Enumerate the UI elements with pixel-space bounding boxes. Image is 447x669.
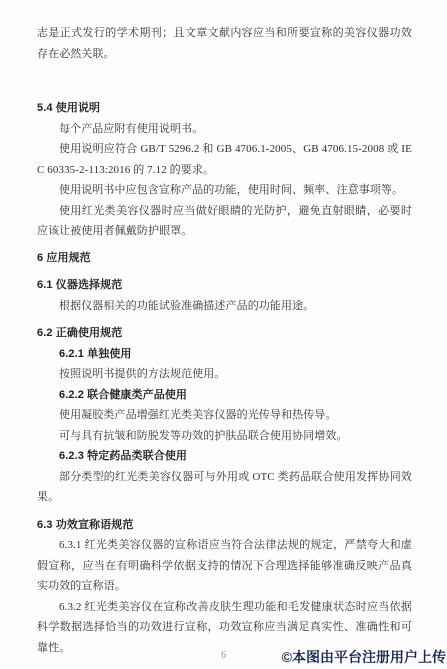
- paragraph-continued-from-previous-page: 志是正式发行的学术期刊；且文章文献内容应当和所要宣称的美容仪器功效存在必然关联。: [37, 23, 412, 64]
- section-heading-6-1: 6.1 仪器选择规范: [37, 275, 412, 296]
- paragraph: 根据仪器相关的功能试验准确描述产品的功能用途。: [37, 296, 412, 317]
- page-number: 6: [221, 650, 226, 661]
- paragraph: 6.3.1 红光类美容仪器的宣称语应当符合法律法规的规定，严禁夸大和虚假宣称，应…: [37, 535, 412, 597]
- subsection-heading-6-2-2: 6.2.2 联合健康类产品使用: [37, 385, 412, 406]
- subsection-heading-6-2-1: 6.2.1 单独使用: [37, 344, 412, 365]
- paragraph: 按照说明书提供的方法规范使用。: [37, 364, 412, 385]
- paragraph: 使用说明应符合 GB/T 5296.2 和 GB 4706.1-2005、GB …: [37, 139, 412, 180]
- paragraph: 使用红光类美容仪器时应当做好眼睛的光防护，避免直射眼睛，必要时应该让被使用者佩戴…: [37, 201, 412, 242]
- paragraph: 使用说明书中应包含宣称产品的功能，使用时间、频率、注意事项等。: [37, 180, 412, 201]
- platform-upload-watermark: ©本图由平台注册用户上传: [282, 647, 446, 667]
- chapter-heading-6: 6 应用规范: [37, 248, 412, 269]
- paragraph: 使用凝胶类产品增强红光类美容仪器的光传导和热传导。: [37, 405, 412, 426]
- section-heading-6-2: 6.2 正确使用规范: [37, 323, 412, 344]
- section-heading-5-4: 5.4 使用说明: [37, 98, 412, 119]
- document-page: 志是正式发行的学术期刊；且文章文献内容应当和所要宣称的美容仪器功效存在必然关联。…: [0, 0, 447, 669]
- paragraph: 可与具有抗皱和防脱发等功效的护肤品联合使用协同增效。: [37, 426, 412, 447]
- paragraph: 每个产品应附有使用说明书。: [37, 119, 412, 140]
- section-heading-6-3: 6.3 功效宣称语规范: [37, 515, 412, 536]
- paragraph: 部分类型的红光类美容仪器可与外用或 OTC 类药品联合使用发挥协同效果。: [37, 467, 412, 508]
- subsection-heading-6-2-3: 6.2.3 特定药品类联合使用: [37, 446, 412, 467]
